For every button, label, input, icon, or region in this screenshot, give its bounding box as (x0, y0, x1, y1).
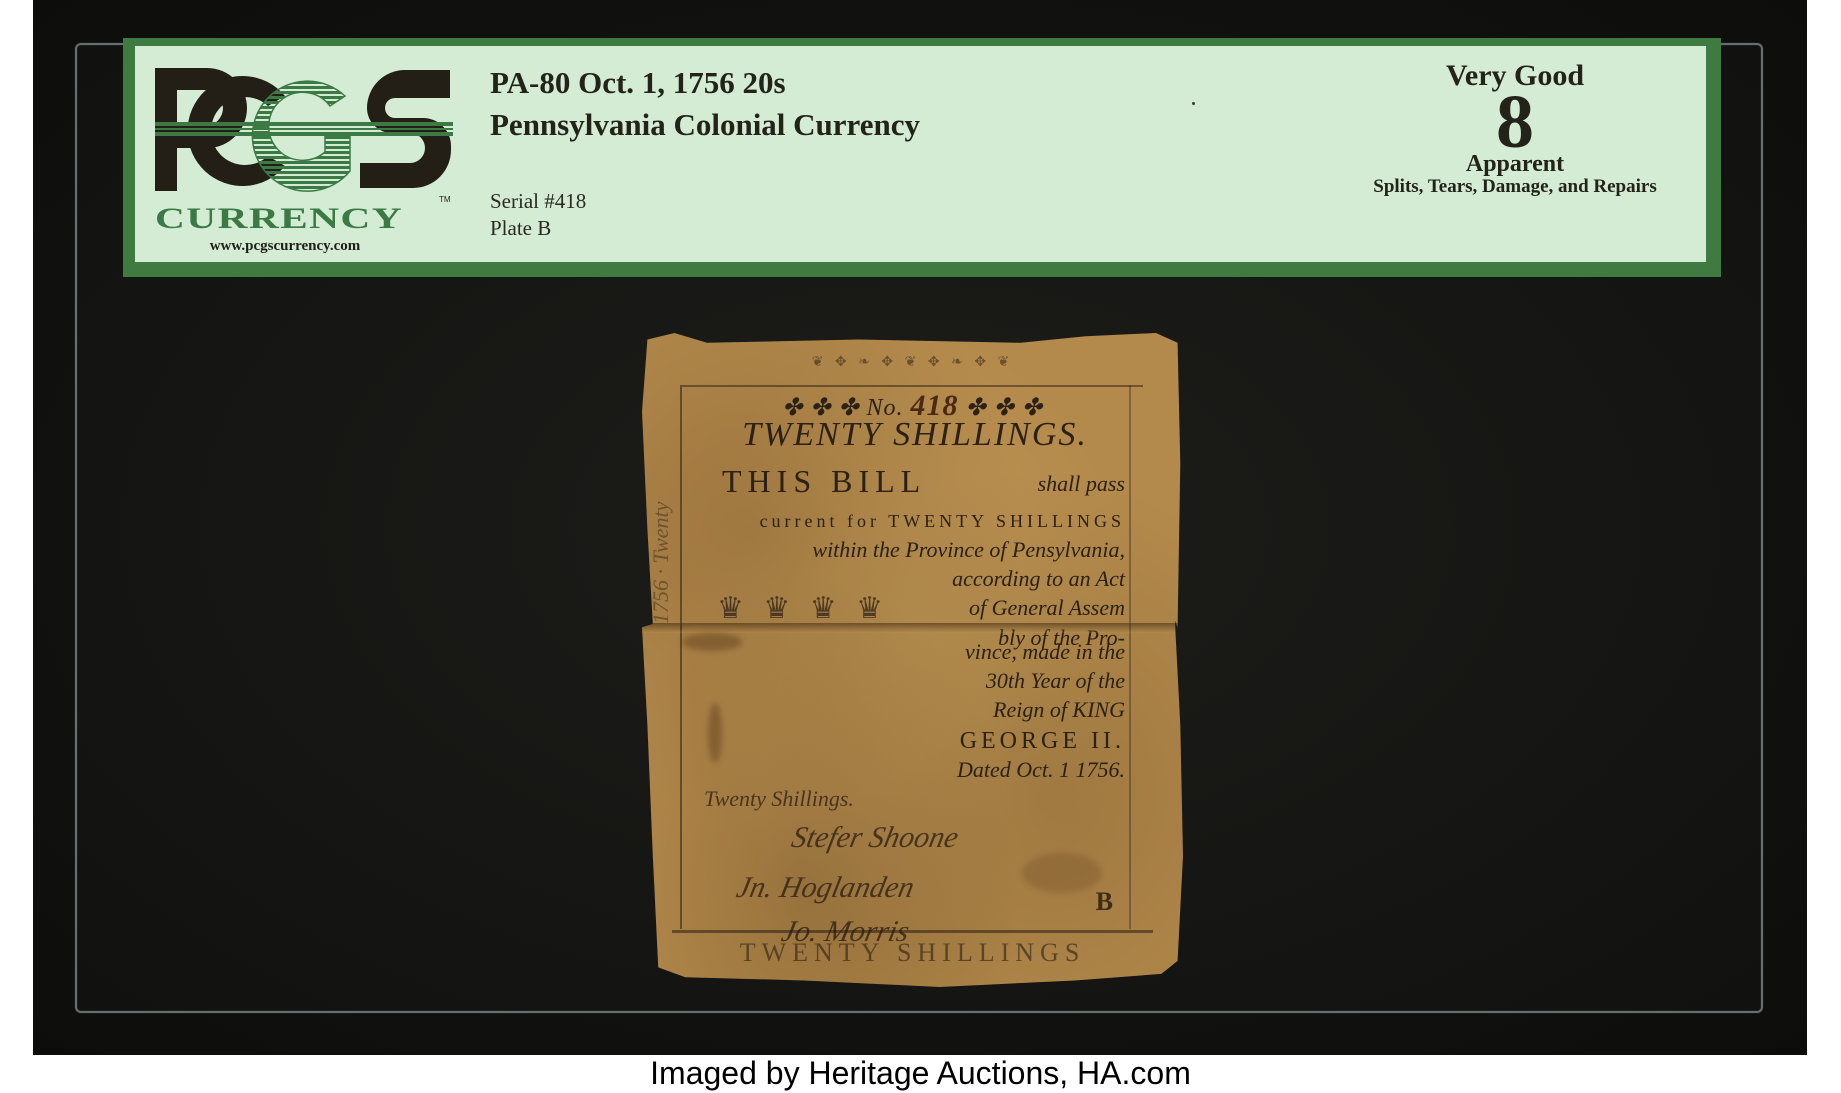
grade-description: Splits, Tears, Damage, and Repairs (1345, 176, 1685, 198)
note-text-line: of General Assem (969, 595, 1125, 621)
pcgs-url: www.pcgscurrency.com (155, 238, 415, 255)
catalog-title: PA-80 Oct. 1, 1756 20s (490, 62, 920, 104)
note-title-block: PA-80 Oct. 1, 1756 20s Pennsylvania Colo… (490, 62, 920, 242)
note-text-line: vince, made in the (965, 639, 1125, 665)
crown-ornaments: ♛ ♛ ♛ ♛ (717, 591, 889, 626)
svg-text:CURRENCY: CURRENCY (155, 202, 403, 231)
note-text-line: GEORGE II. (960, 728, 1125, 754)
svg-text:TM: TM (439, 195, 451, 204)
note-plate-letter: B (1096, 887, 1113, 917)
plate-letter: Plate B (490, 215, 920, 242)
note-text-line: current for TWENTY SHILLINGS (760, 508, 1125, 534)
signature-2: Jn. Hoglanden (733, 871, 917, 905)
note-top-ornament: ❦ ✥ ❧ ✥ ❦ ✥ ❧ ✥ ❦ (682, 345, 1143, 387)
banknote: ❦ ✥ ❧ ✥ ❦ ✥ ❧ ✥ ❦ 1756 · Twenty ✤ ✤ ✤ No… (642, 333, 1183, 987)
pcgs-currency-logo: TM CURRENCY www.pcgscurrency.com (155, 56, 455, 256)
note-denomination-script: Twenty Shillings. (704, 786, 854, 812)
dust-speck (1192, 102, 1195, 105)
note-bottom-band: TWENTY SHILLINGS (672, 930, 1153, 975)
serial-number: Serial #418 (490, 188, 920, 215)
grade-number: 8 (1345, 92, 1685, 152)
image-credit: Imaged by Heritage Auctions, HA.com (0, 1053, 1841, 1093)
grade-block: Very Good 8 Apparent Splits, Tears, Dama… (1345, 60, 1685, 198)
grade-qualifier: Apparent (1345, 152, 1685, 176)
signature-1: Stefer Shoone (788, 821, 961, 855)
note-text-line: according to an Act (952, 566, 1125, 592)
note-text-line: within the Province of Pensylvania, (812, 537, 1125, 563)
note-text-line: 30th Year of the (986, 668, 1125, 694)
note-side-border: 1756 · Twenty (648, 453, 678, 673)
note-text-line: Reign of KING (993, 697, 1125, 723)
catalog-subtitle: Pennsylvania Colonial Currency (490, 104, 920, 146)
pcgs-logo-icon: TM CURRENCY (155, 56, 455, 231)
note-fold-tear (642, 623, 1183, 633)
note-this-bill: THIS BILL (722, 463, 926, 500)
grading-label: TM CURRENCY www.pcgscurrency.com PA-80 O… (123, 38, 1721, 277)
note-denomination-heading: TWENTY SHILLINGS. (702, 415, 1128, 455)
grading-label-inner: TM CURRENCY www.pcgscurrency.com PA-80 O… (135, 46, 1706, 262)
note-text-line: shall pass (1038, 471, 1125, 497)
note-text-line: Dated Oct. 1 1756. (957, 757, 1125, 783)
